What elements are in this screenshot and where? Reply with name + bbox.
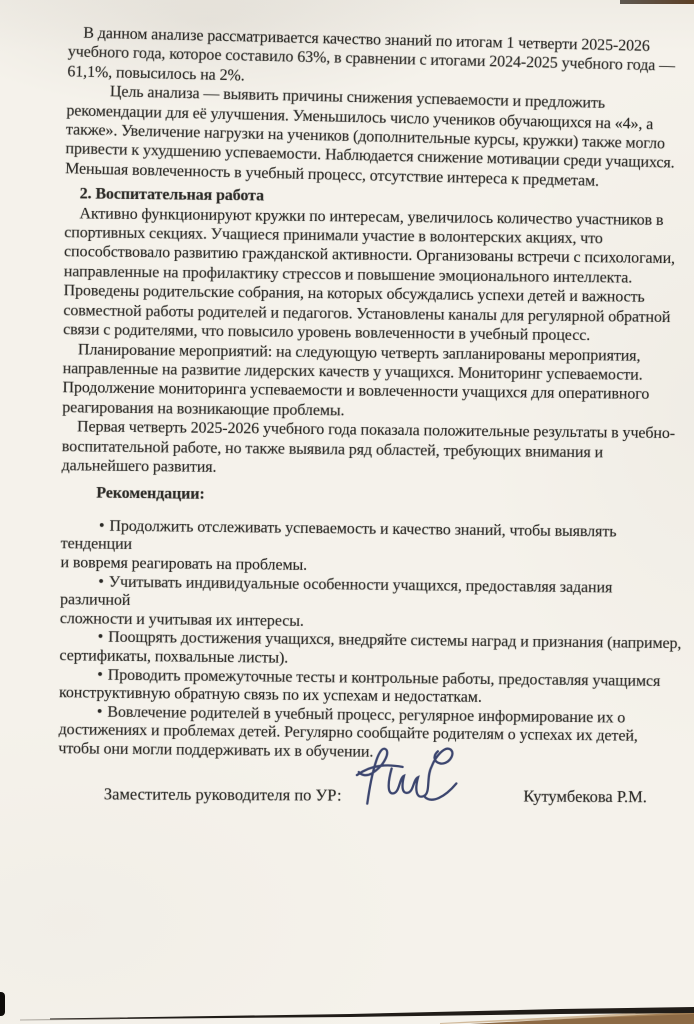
bullet-icon: • [99, 517, 105, 534]
bullet-icon: • [97, 666, 103, 683]
recommendation-text: Учитывать индивидуальные особенности уча… [60, 573, 613, 629]
list-item: •Продолжить отслеживать успеваемость и к… [60, 517, 685, 580]
recommendation-text: Продолжить отслеживать успеваемость и ка… [60, 517, 616, 573]
section2-paragraph-3: Первая четверть 2025-2026 учебного года … [62, 417, 687, 482]
section2-paragraph-2: Планирование мероприятий: на следующую ч… [62, 340, 687, 425]
scan-edge-bottom [0, 998, 694, 1024]
recommendations-heading: Рекомендации: [61, 484, 685, 510]
recommendation-text: Поощрять достижения учащихся, внедряйте … [59, 629, 681, 667]
bullet-icon: • [97, 703, 103, 720]
intro-section: В данном анализе рассматривается качеств… [65, 23, 692, 193]
recommendation-text: Проводить промежуточные тесты и контроль… [59, 666, 660, 706]
recommendations-list: •Продолжить отслеживать успеваемость и к… [58, 517, 685, 766]
list-item: •Учитывать индивидуальные особенности уч… [60, 573, 685, 636]
document-page: В данном анализе рассматривается качеств… [58, 23, 691, 811]
signature-name: Кутумбекова Р.М. [523, 787, 647, 808]
scan-edge-top-right [620, 0, 694, 4]
section2-paragraph-1: Активно функционируют кружки по интереса… [63, 204, 689, 347]
handwritten-signature-icon [344, 734, 466, 819]
intro-paragraph-2: Цель анализа — выявить причины снижения … [65, 81, 691, 193]
bullet-icon: • [98, 629, 104, 646]
bullet-icon: • [98, 573, 104, 590]
signature-block: Заместитель руководителя по УР: Кутумбек… [58, 785, 682, 810]
signature-label: Заместитель руководителя по УР: [104, 785, 342, 805]
